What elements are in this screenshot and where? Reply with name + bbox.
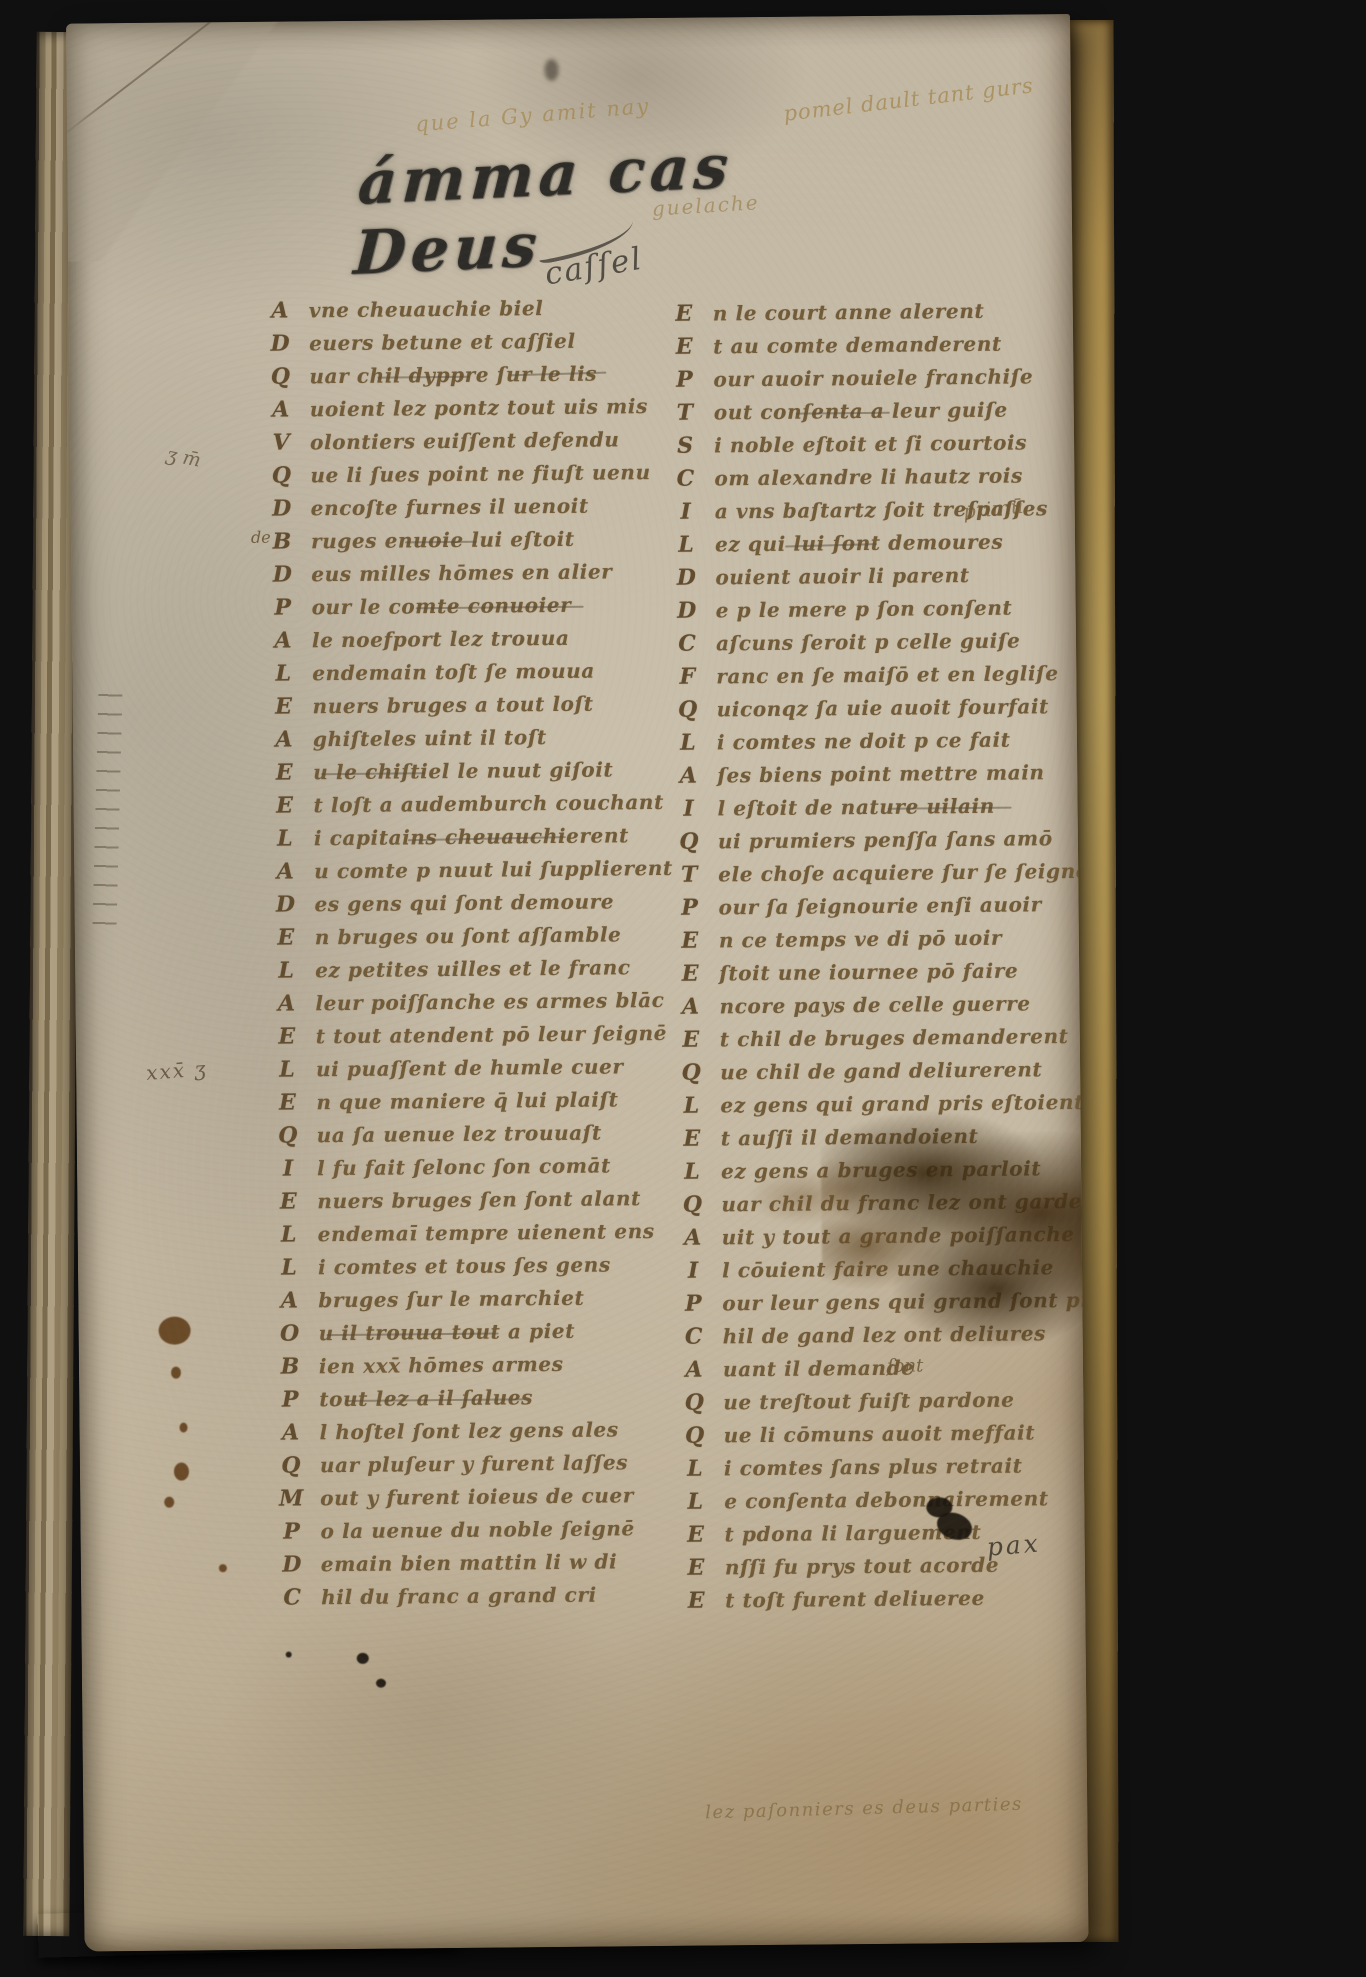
verse-line: E nuers bruges a tout loſt: [268, 690, 672, 727]
verse-line: E t tout atendent pō leur ſeignē: [272, 1020, 676, 1057]
ink-blot: [357, 1653, 369, 1664]
verse-text: endemaī tempre uienent ens: [318, 1219, 655, 1246]
initial-letter: E: [669, 334, 699, 360]
verse-text: n bruges ou ſont aſſamble: [315, 922, 622, 949]
verse-line: C aſcuns ſeroit p celle guiſe: [672, 627, 1076, 664]
initial-letter: A: [274, 1287, 304, 1313]
initial-letter: V: [266, 429, 296, 455]
manuscript-page: que la Gy amit nay pomel dault tant gurs…: [66, 14, 1088, 1952]
verse-line: A leur poiſſanche es armes blāc: [271, 987, 675, 1024]
initial-letter: A: [675, 994, 705, 1020]
verse-text: our ſa ſeignourie enſi auoir: [718, 892, 1041, 919]
verse-text: l fu fait ſelonc ſon comāt: [317, 1153, 611, 1180]
initial-letter: A: [268, 627, 298, 653]
initial-letter: P: [276, 1518, 306, 1544]
initial-letter: A: [265, 297, 295, 323]
verse-line: C om alexandre li hautz rois: [670, 462, 1074, 499]
verse-text: out y furent ioieus de cuer: [320, 1483, 634, 1510]
verse-text: u le chiſtiel le nuut giſoit: [313, 757, 613, 784]
verse-line: I l fu fait ſelonc ſon comāt: [273, 1152, 677, 1189]
verse-line: D eus milles hōmes en alier: [267, 558, 671, 595]
verse-text: ele choſe acquiere ſur ſe ſeignō: [718, 859, 1088, 887]
verse-line: E nſſi fu prys tout acorde: [681, 1551, 1085, 1588]
initial-letter: B: [267, 528, 297, 554]
verse-text: e conſenta debonnairement: [724, 1486, 1049, 1513]
verse-text: e p le mere p ſon conſent: [716, 596, 1013, 623]
verse-text: i noble eſtoit et ſi courtois: [714, 430, 1027, 457]
verse-line: D encoſte furnes il uenoit: [267, 492, 671, 529]
initial-letter: Q: [276, 1452, 306, 1478]
verse-text: i comtes et tous ſes gens: [318, 1252, 611, 1279]
verse-text: l hoſtel ſont lez gens ales: [319, 1417, 618, 1444]
verse-line: D ouient auoir li parent: [671, 561, 1075, 598]
initial-letter: E: [681, 1555, 711, 1581]
verse-text: ue chil de gand deliurerent: [720, 1057, 1042, 1084]
initial-letter: A: [271, 990, 301, 1016]
verse-line: E ſtoit une iournee pō faire: [675, 957, 1079, 994]
initial-letter: E: [669, 301, 699, 327]
verse-line: B ruges enuoie lui eſtoit: [267, 525, 671, 562]
verse-text: i comtes ſans plus retrait: [724, 1454, 1023, 1481]
initial-letter: L: [271, 957, 301, 983]
initial-letter: E: [269, 759, 299, 785]
initial-letter: E: [269, 792, 299, 818]
initial-letter: E: [675, 928, 705, 954]
initial-letter: A: [679, 1357, 709, 1383]
initial-letter: L: [673, 730, 703, 756]
verse-line: I a vns baſtartz ſoit treſpaſſes: [671, 495, 1075, 532]
verse-line: E n bruges ou ſont aſſamble: [271, 921, 675, 958]
verse-line: T ele choſe acquiere ſur ſe ſeignō: [674, 858, 1078, 895]
initial-letter: Q: [677, 1192, 707, 1218]
initial-letter: Q: [676, 1060, 706, 1086]
verse-text: aſcuns ſeroit p celle guiſe: [716, 629, 1021, 656]
book-photograph: que la Gy amit nay pomel dault tant gurs…: [30, 6, 1116, 1958]
verse-text: euers betune et caſſiel: [309, 329, 576, 356]
initial-letter: D: [671, 565, 701, 591]
verse-line: L endemaī tempre uienent ens: [274, 1218, 678, 1255]
verse-text: u comte p nuut lui ſupplierent: [314, 856, 673, 883]
initial-letter: E: [675, 961, 705, 987]
verse-text: leur poiſſanche es armes blāc: [315, 988, 664, 1015]
initial-letter: A: [275, 1419, 305, 1445]
verse-text: n le court anne alerent: [713, 299, 985, 326]
verse-line: B ien xxx̄ hōmes armes: [275, 1350, 679, 1387]
verse-line: Q ue li ſues point ne fiuſt uenu: [266, 459, 670, 496]
initial-letter: F: [672, 664, 702, 690]
ink-blot: [158, 1317, 190, 1345]
initial-letter: A: [266, 396, 296, 422]
initial-letter: L: [671, 532, 701, 558]
verse-line: E t loſt a audemburch couchant: [269, 789, 673, 826]
verse-line: P our auoir nouiele franchiſe: [669, 363, 1073, 400]
ink-blot: [286, 1652, 292, 1658]
verse-line: D e p le mere p ſon conſent: [672, 594, 1076, 631]
initial-letter: A: [678, 1225, 708, 1251]
verse-text: ouient auoir li parent: [715, 563, 969, 589]
verse-text: n que maniere q̄ lui plaiſt: [316, 1087, 618, 1114]
verse-text: ue li cōmuns auoit meffait: [724, 1420, 1036, 1447]
verse-line: P our ſa ſeignourie enſi auoir: [674, 891, 1078, 928]
verse-line: E n ce temps ve di pō uoir: [675, 924, 1079, 961]
verse-text: nuers bruges ſen ſont alant: [317, 1186, 641, 1213]
verse-text: ue li ſues point ne fiuſt uenu: [310, 460, 650, 487]
verse-line: A bruges ſur le marchiet: [274, 1284, 678, 1321]
verse-text: t toſt furent deliueree: [725, 1586, 985, 1612]
initial-letter: E: [272, 1089, 302, 1115]
verse-text: uar pluſeur y furent laſſes: [320, 1450, 628, 1477]
verse-column-left: A vne cheuauchie biel D euers betune et …: [265, 294, 682, 1618]
verse-text: om alexandre li hautz rois: [714, 463, 1023, 490]
initial-letter: P: [674, 895, 704, 921]
verse-text: ui puaſſent de humle cuer: [316, 1054, 624, 1081]
verse-text: i comtes ne doit p ce fait: [717, 728, 1011, 755]
verse-line: L endemain toſt ſe mouua: [268, 657, 672, 694]
verse-line: S i noble eſtoit et ſi courtois: [670, 429, 1074, 466]
verse-text: ien xxx̄ hōmes armes: [319, 1352, 564, 1378]
initial-letter: P: [669, 367, 699, 393]
initial-letter: E: [268, 693, 298, 719]
verse-line: T out conſenta a leur guiſe: [670, 396, 1074, 433]
verse-line: E t toſt furent deliueree: [681, 1584, 1085, 1621]
initial-letter: E: [271, 924, 301, 950]
initial-letter: E: [680, 1522, 710, 1548]
initial-letter: L: [274, 1221, 304, 1247]
ink-blot: [179, 1423, 187, 1433]
verse-line: E nuers bruges ſen ſont alant: [273, 1185, 677, 1222]
initial-letter: D: [672, 598, 702, 624]
verse-line: L i capitains cheuauchierent: [270, 822, 674, 859]
faint-top-smudge: [544, 59, 558, 81]
verse-line: F ranc en ſe maiſō et en legliſe: [672, 660, 1076, 697]
verse-text: hil du franc a grand cri: [321, 1583, 597, 1610]
initial-letter: M: [276, 1485, 306, 1511]
initial-letter: I: [673, 796, 703, 822]
verse-line: M out y furent ioieus de cuer: [276, 1482, 680, 1519]
verse-text: n ce temps ve di pō uoir: [719, 926, 1002, 953]
verse-line: D euers betune et caſſiel: [265, 327, 669, 364]
verse-text: ncore pays de celle guerre: [719, 991, 1030, 1018]
verse-text: nuers bruges a tout loſt: [312, 692, 593, 719]
verse-line: A ghiſteles uint il toſt: [269, 723, 673, 760]
initial-letter: D: [267, 495, 297, 521]
initial-letter: P: [678, 1291, 708, 1317]
verse-line: P tout lez a il ſalues: [275, 1383, 679, 1420]
initial-letter: D: [267, 561, 297, 587]
initial-letter: L: [268, 660, 298, 686]
verse-text: le noefport lez trouua: [312, 626, 570, 652]
verse-line: L i comtes et tous ſes gens: [274, 1251, 678, 1288]
faded-top-annotation-right: pomel dault tant gurs: [782, 73, 1035, 126]
verse-text: emain bien mattin li w di: [321, 1549, 618, 1576]
verse-text: uoient lez pontz tout uis mis: [310, 394, 648, 421]
initial-letter: Q: [265, 363, 295, 389]
initial-letter: A: [269, 726, 299, 752]
verse-text: es gens qui ſont demoure: [314, 889, 614, 916]
verse-text: uiconqz ſa uie auoit fourfait: [717, 694, 1050, 721]
initial-letter: Q: [679, 1390, 709, 1416]
initial-letter: P: [275, 1386, 305, 1412]
verse-line: L ez qui lui ſont demoures: [671, 528, 1075, 565]
verse-text: a vns baſtartz ſoit treſpaſſes: [715, 496, 1048, 523]
corner-fold-highlight: [66, 14, 388, 262]
verse-line: Q ue chil de gand deliurerent: [676, 1056, 1080, 1093]
initial-letter: C: [672, 631, 702, 657]
verse-line: E t chil de bruges demanderent: [676, 1023, 1080, 1060]
verse-line: Q ui prumiers penſſa ſans amō: [674, 825, 1078, 862]
initial-letter: L: [676, 1093, 706, 1119]
verse-line: Q ue li cōmuns auoit meffait: [680, 1419, 1084, 1456]
initial-letter: E: [273, 1188, 303, 1214]
verse-text: u il trouua tout a piet: [319, 1319, 576, 1345]
initial-letter: L: [274, 1254, 304, 1280]
verse-text: our auoir nouiele franchiſe: [713, 364, 1033, 391]
verse-line: Q ua ſa uenue lez trouuaſt: [273, 1119, 677, 1156]
verse-line: L i comtes ne doit p ce fait: [673, 726, 1077, 763]
verse-text: endemain toſt ſe mouua: [312, 659, 595, 686]
verse-line: E t pdona li larguement: [680, 1518, 1084, 1555]
initial-letter: I: [671, 499, 701, 525]
initial-letter: E: [676, 1027, 706, 1053]
verse-line: A vne cheuauchie biel: [265, 294, 669, 331]
initial-letter: T: [670, 400, 700, 426]
verse-text: t chil de bruges demanderent: [720, 1024, 1069, 1051]
verse-line: E n que maniere q̄ lui plaiſt: [272, 1086, 676, 1123]
verse-text: nſſi fu prys tout acorde: [725, 1553, 999, 1580]
verse-line: Q uar chil dyppre ſur le lis: [265, 360, 669, 397]
ink-blot: [376, 1679, 386, 1688]
initial-letter: A: [673, 763, 703, 789]
verse-line: L ui puaſſent de humle cuer: [272, 1053, 676, 1090]
verse-line: A le noefport lez trouua: [268, 624, 672, 661]
verse-line: A ſes biens point mettre main: [673, 759, 1077, 796]
verse-text: olontiers euiſſent defendu: [310, 427, 620, 454]
verse-line: L i comtes ſans plus retrait: [680, 1452, 1084, 1489]
verse-line: D emain bien mattin li w di: [277, 1548, 681, 1585]
verse-text: ue treſtout fuiſt pardone: [723, 1388, 1014, 1415]
verse-text: t au comte demanderent: [713, 332, 1002, 359]
verse-line: Q uar pluſeur y furent laſſes: [276, 1449, 680, 1486]
initial-letter: S: [670, 433, 700, 459]
verse-text: ui prumiers penſſa ſans amō: [718, 826, 1053, 853]
initial-letter: D: [265, 330, 295, 356]
initial-letter: C: [679, 1324, 709, 1350]
verse-line: E n le court anne alerent: [669, 297, 1073, 334]
verse-line: A uoient lez pontz tout uis mis: [266, 393, 670, 430]
initial-letter: Q: [680, 1423, 710, 1449]
verse-text: t tout atendent pō leur ſeignē: [316, 1021, 667, 1048]
initial-letter: T: [674, 862, 704, 888]
verse-line: L e conſenta debonnairement: [680, 1485, 1084, 1522]
verse-line: L ez petites uilles et le franc: [271, 954, 675, 991]
initial-letter: C: [670, 466, 700, 492]
initial-letter: Q: [266, 462, 296, 488]
initial-letter: D: [277, 1551, 307, 1577]
verse-text: ſtoit une iournee pō faire: [719, 959, 1018, 986]
faded-top-annotation-left: que la Gy amit nay: [414, 94, 651, 137]
ink-blot: [164, 1497, 174, 1508]
verse-text: encoſte furnes il uenoit: [311, 494, 589, 521]
initial-letter: L: [270, 825, 300, 851]
verse-text: ruges enuoie lui eſtoit: [311, 527, 575, 554]
initial-letter: E: [677, 1126, 707, 1152]
initial-letter: I: [273, 1155, 303, 1181]
verse-line: P our le comte conuoier: [268, 591, 672, 628]
initial-letter: I: [678, 1258, 708, 1284]
initial-letter: O: [275, 1320, 305, 1346]
ink-stain: [820, 1103, 1088, 1349]
margin-tick-marks: [93, 687, 123, 926]
verse-line: C hil du franc a grand cri: [277, 1581, 681, 1618]
initial-letter: L: [680, 1456, 710, 1482]
initial-letter: L: [677, 1159, 707, 1185]
verse-text: ghiſteles uint il toſt: [313, 725, 547, 751]
pen-trial-upper: ʒ m̄: [164, 443, 202, 471]
verse-text: eus milles hōmes en alier: [311, 559, 612, 586]
verse-line: Q uiconqz ſa uie auoit fourfait: [673, 693, 1077, 730]
verse-text: i capitains cheuauchierent: [314, 823, 629, 850]
verse-line: A l hoſtel ſont lez gens ales: [275, 1416, 679, 1453]
verse-column-right: E n le court anne alerent E t au comte d…: [669, 297, 1086, 1621]
ink-blot: [171, 1367, 181, 1379]
verse-line: A uant il demande: [679, 1353, 1083, 1390]
initial-letter: A: [270, 858, 300, 884]
verse-text: t loſt a audemburch couchant: [313, 790, 664, 817]
verse-line: A ncore pays de celle guerre: [675, 990, 1079, 1027]
verse-text: ranc en ſe maiſō et en legliſe: [716, 661, 1059, 688]
verse-text: o la uenue du noble ſeignē: [320, 1516, 634, 1543]
verse-text: ua ſa uenue lez trouuaſt: [317, 1121, 602, 1148]
verse-line: D es gens qui ſont demoure: [270, 888, 674, 925]
verse-text: ez petites uilles et le franc: [315, 955, 631, 982]
initial-letter: C: [277, 1584, 307, 1610]
verse-text: out conſenta a leur guiſe: [714, 398, 1008, 425]
bottom-cursive-note: lez paſonniers es deus parties: [705, 1794, 1023, 1824]
verse-text: vne cheuauchie biel: [309, 296, 544, 322]
pen-trial-lower: xxx̄ ʒ: [145, 1056, 208, 1085]
verse-line: E t au comte demanderent: [669, 330, 1073, 367]
verse-text: ſes biens point mettre main: [717, 760, 1045, 787]
initial-letter: E: [272, 1023, 302, 1049]
ink-blot: [174, 1463, 189, 1481]
verse-text: uant il demande: [723, 1356, 915, 1382]
initial-letter: Q: [674, 829, 704, 855]
initial-letter: P: [268, 594, 298, 620]
initial-letter: B: [275, 1353, 305, 1379]
verse-text: bruges ſur le marchiet: [318, 1286, 584, 1313]
initial-letter: D: [270, 891, 300, 917]
initial-letter: L: [272, 1056, 302, 1082]
initial-letter: L: [680, 1489, 710, 1515]
verse-line: A u comte p nuut lui ſupplierent: [270, 855, 674, 892]
verse-line: Q ue treſtout fuiſt pardone: [679, 1386, 1083, 1423]
verse-line: I l eſtoit de nature uilain: [673, 792, 1077, 829]
initial-letter: E: [681, 1588, 711, 1614]
initial-letter: Q: [673, 697, 703, 723]
initial-letter: Q: [273, 1122, 303, 1148]
verse-line: P o la uenue du noble ſeignē: [276, 1515, 680, 1552]
ink-blot: [219, 1564, 227, 1572]
verse-line: V olontiers euiſſent defendu: [266, 426, 670, 463]
